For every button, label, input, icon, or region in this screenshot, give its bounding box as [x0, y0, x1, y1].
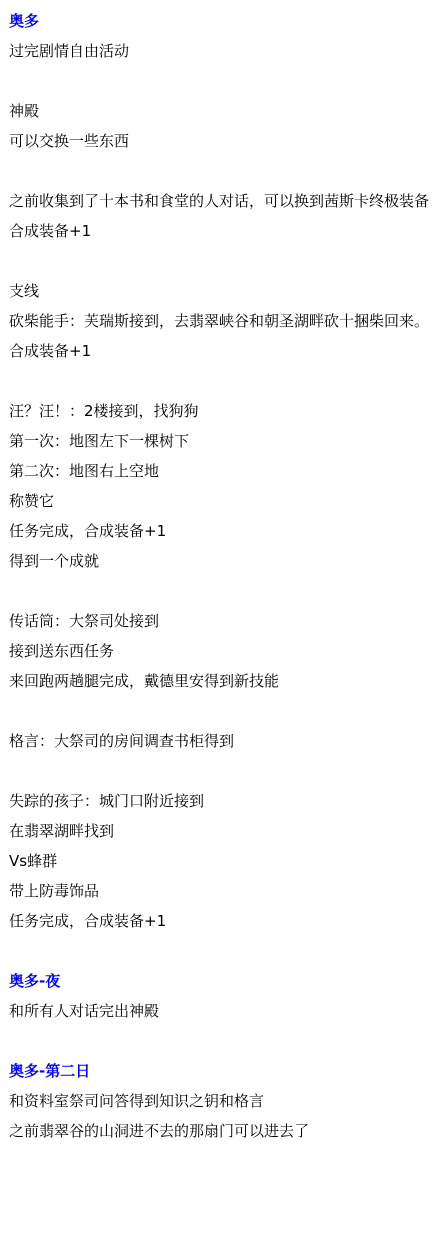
text-line: 在翡翠湖畔找到 [9, 816, 432, 846]
spacer-line [9, 1026, 432, 1056]
text-line: 来回跑两趟腿完成，戴德里安得到新技能 [9, 666, 432, 696]
spacer-line [9, 156, 432, 186]
text-line: 之前翡翠谷的山洞进不去的那扇门可以进去了 [9, 1116, 432, 1146]
text-line: 失踪的孩子：城门口附近接到 [9, 786, 432, 816]
text-line: 合成装备+1 [9, 216, 432, 246]
text-line: 过完剧情自由活动 [9, 36, 432, 66]
spacer-line [9, 756, 432, 786]
spacer-line [9, 366, 432, 396]
text-line: 神殿 [9, 96, 432, 126]
text-line: 第一次：地图左下一棵树下 [9, 426, 432, 456]
spacer-line [9, 66, 432, 96]
text-line: 合成装备+1 [9, 336, 432, 366]
text-line: 砍柴能手：芙瑞斯接到，去翡翠峡谷和朝圣湖畔砍十捆柴回来。 [9, 306, 432, 336]
game-guide-notes: 奥多 过完剧情自由活动 神殿 可以交换一些东西 之前收集到了十本书和食堂的人对话… [0, 0, 440, 1146]
text-line: 接到送东西任务 [9, 636, 432, 666]
text-line: 任务完成，合成装备+1 [9, 516, 432, 546]
text-line: 任务完成，合成装备+1 [9, 906, 432, 936]
text-line: Vs蜂群 [9, 846, 432, 876]
spacer-line [9, 696, 432, 726]
text-line: 称赞它 [9, 486, 432, 516]
text-line: 可以交换一些东西 [9, 126, 432, 156]
spacer-line [9, 576, 432, 606]
text-line: 带上防毒饰品 [9, 876, 432, 906]
section-heading-aoduo-day2: 奥多-第二日 [9, 1056, 432, 1086]
text-line: 格言：大祭司的房间调查书柜得到 [9, 726, 432, 756]
text-line: 和所有人对话完出神殿 [9, 996, 432, 1026]
text-line: 传话筒：大祭司处接到 [9, 606, 432, 636]
section-heading-aoduo: 奥多 [9, 6, 432, 36]
text-line: 和资料室祭司问答得到知识之钥和格言 [9, 1086, 432, 1116]
spacer-line [9, 246, 432, 276]
text-line: 第二次：地图右上空地 [9, 456, 432, 486]
text-line: 之前收集到了十本书和食堂的人对话，可以换到茜斯卡终极装备 [9, 186, 432, 216]
text-line: 支线 [9, 276, 432, 306]
text-line: 汪？汪！：2楼接到，找狗狗 [9, 396, 432, 426]
spacer-line [9, 936, 432, 966]
text-line: 得到一个成就 [9, 546, 432, 576]
section-heading-aoduo-night: 奥多-夜 [9, 966, 432, 996]
